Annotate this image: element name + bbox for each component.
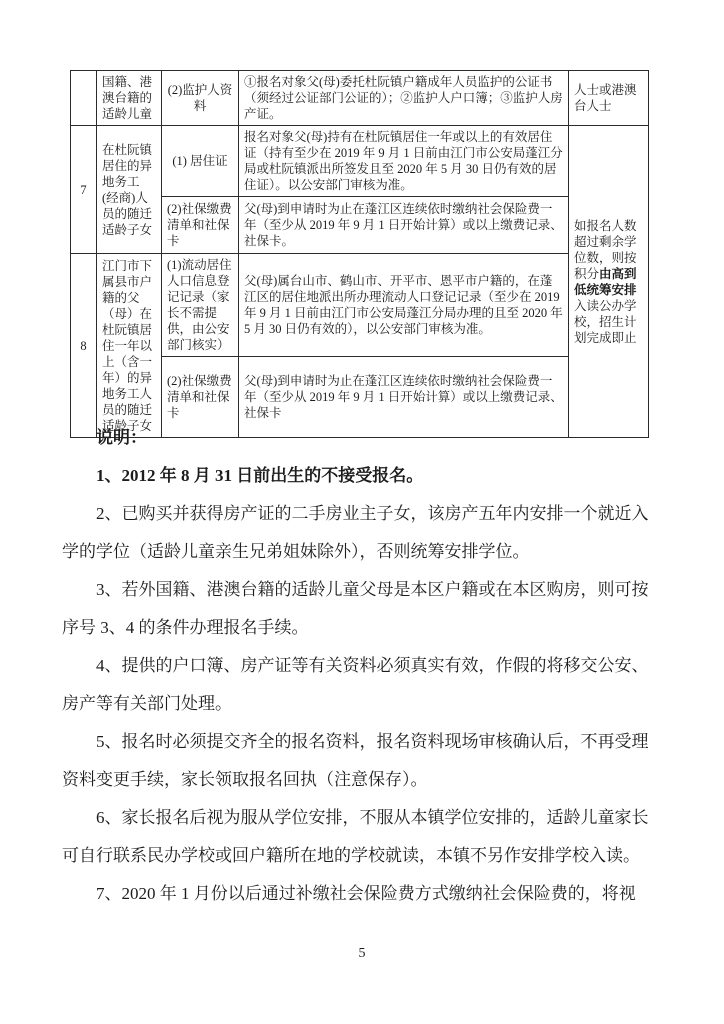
row-number-cell: 7 xyxy=(71,126,97,254)
detail-cell: 父(母)到申请时为止在蓬江区连续依时缴纳社会保险费一年（至少从 2019 年 9… xyxy=(239,197,569,254)
material-cell: (2)社保缴费清单和社保卡 xyxy=(162,197,239,254)
side-note-cell: 人士或港澳台人士 xyxy=(569,71,649,126)
notes-heading: 说明： xyxy=(62,419,660,457)
detail-cell: 报名对象父(母)持有在杜阮镇居住一年或以上的有效居住证（持有至少在 2019 年… xyxy=(239,126,569,197)
note-item-5: 5、报名时必须提交齐全的报名资料，报名资料现场审核确认后，不再受理资料变更手续，… xyxy=(62,723,660,799)
detail-cell: 父(母)属台山市、鹤山市、开平市、恩平市户籍的，在蓬江区的居住地派出所办理流动人… xyxy=(239,254,569,357)
note-item-4: 4、提供的户口簿、房产证等有关资料必须真实有效，作假的将移交公安、房产等有关部门… xyxy=(62,647,660,723)
note-item-2: 2、已购买并获得房产证的二手房业主子女，该房产五年内安排一个就近入学的学位（适龄… xyxy=(62,495,660,571)
applicant-group-cell: 国籍、港澳台籍的适龄儿童 xyxy=(97,71,162,126)
row-number-cell xyxy=(71,71,97,126)
table-row-8-sub1: 8 江门市下属县市户籍的父（母）在杜阮镇居住一年以上（含一年）的异地务工人员的随… xyxy=(71,254,649,357)
note-item-3: 3、若外国籍、港澳台籍的适龄儿童父母是本区户籍或在本区购房，则可按序号 3、4 … xyxy=(62,571,660,647)
applicant-group-cell: 在杜阮镇居住的异地务工(经商)人员的随迁适龄子女 xyxy=(97,126,162,254)
quota-note-post: 入读公办学校，招生计划完成即止 xyxy=(574,299,637,345)
material-cell: (1)流动居住人口信息登记记录（家长不需提供，由公安部门核实） xyxy=(162,254,239,357)
document-page: 国籍、港澳台籍的适龄儿童 (2)监护人资料 ①报名对象父(母)委托杜阮镇户籍成年… xyxy=(0,0,724,1024)
applicant-group-cell: 江门市下属县市户籍的父（母）在杜阮镇居住一年以上（含一年）的异地务工人员的随迁适… xyxy=(97,254,162,438)
material-cell: (2)监护人资料 xyxy=(162,71,239,126)
table-row-7-sub1: 7 在杜阮镇居住的异地务工(经商)人员的随迁适龄子女 (1) 居住证 报名对象父… xyxy=(71,126,649,197)
table-row-prev-continuation: 国籍、港澳台籍的适龄儿童 (2)监护人资料 ①报名对象父(母)委托杜阮镇户籍成年… xyxy=(71,71,649,126)
material-cell: (1) 居住证 xyxy=(162,126,239,197)
notes-section: 说明： 1、2012 年 8 月 31 日前出生的不接受报名。 2、已购买并获得… xyxy=(62,419,660,913)
note-item-1: 1、2012 年 8 月 31 日前出生的不接受报名。 xyxy=(62,457,660,495)
quota-note-cell: 如报名人数超过剩余学位数，则按积分由高到低统筹安排入读公办学校，招生计划完成即止 xyxy=(569,126,649,438)
enrollment-conditions-table: 国籍、港澳台籍的适龄儿童 (2)监护人资料 ①报名对象父(母)委托杜阮镇户籍成年… xyxy=(70,70,649,438)
note-item-6: 6、家长报名后视为服从学位安排，不服从本镇学位安排的，适龄儿童家长可自行联系民办… xyxy=(62,799,660,875)
page-number: 5 xyxy=(0,944,724,964)
note-item-7: 7、2020 年 1 月份以后通过补缴社会保险费方式缴纳社会保险费的，将视 xyxy=(62,875,660,913)
row-number-cell: 8 xyxy=(71,254,97,438)
detail-cell: ①报名对象父(母)委托杜阮镇户籍成年人员监护的公证书（须经过公证部门公证的）；②… xyxy=(239,71,569,126)
